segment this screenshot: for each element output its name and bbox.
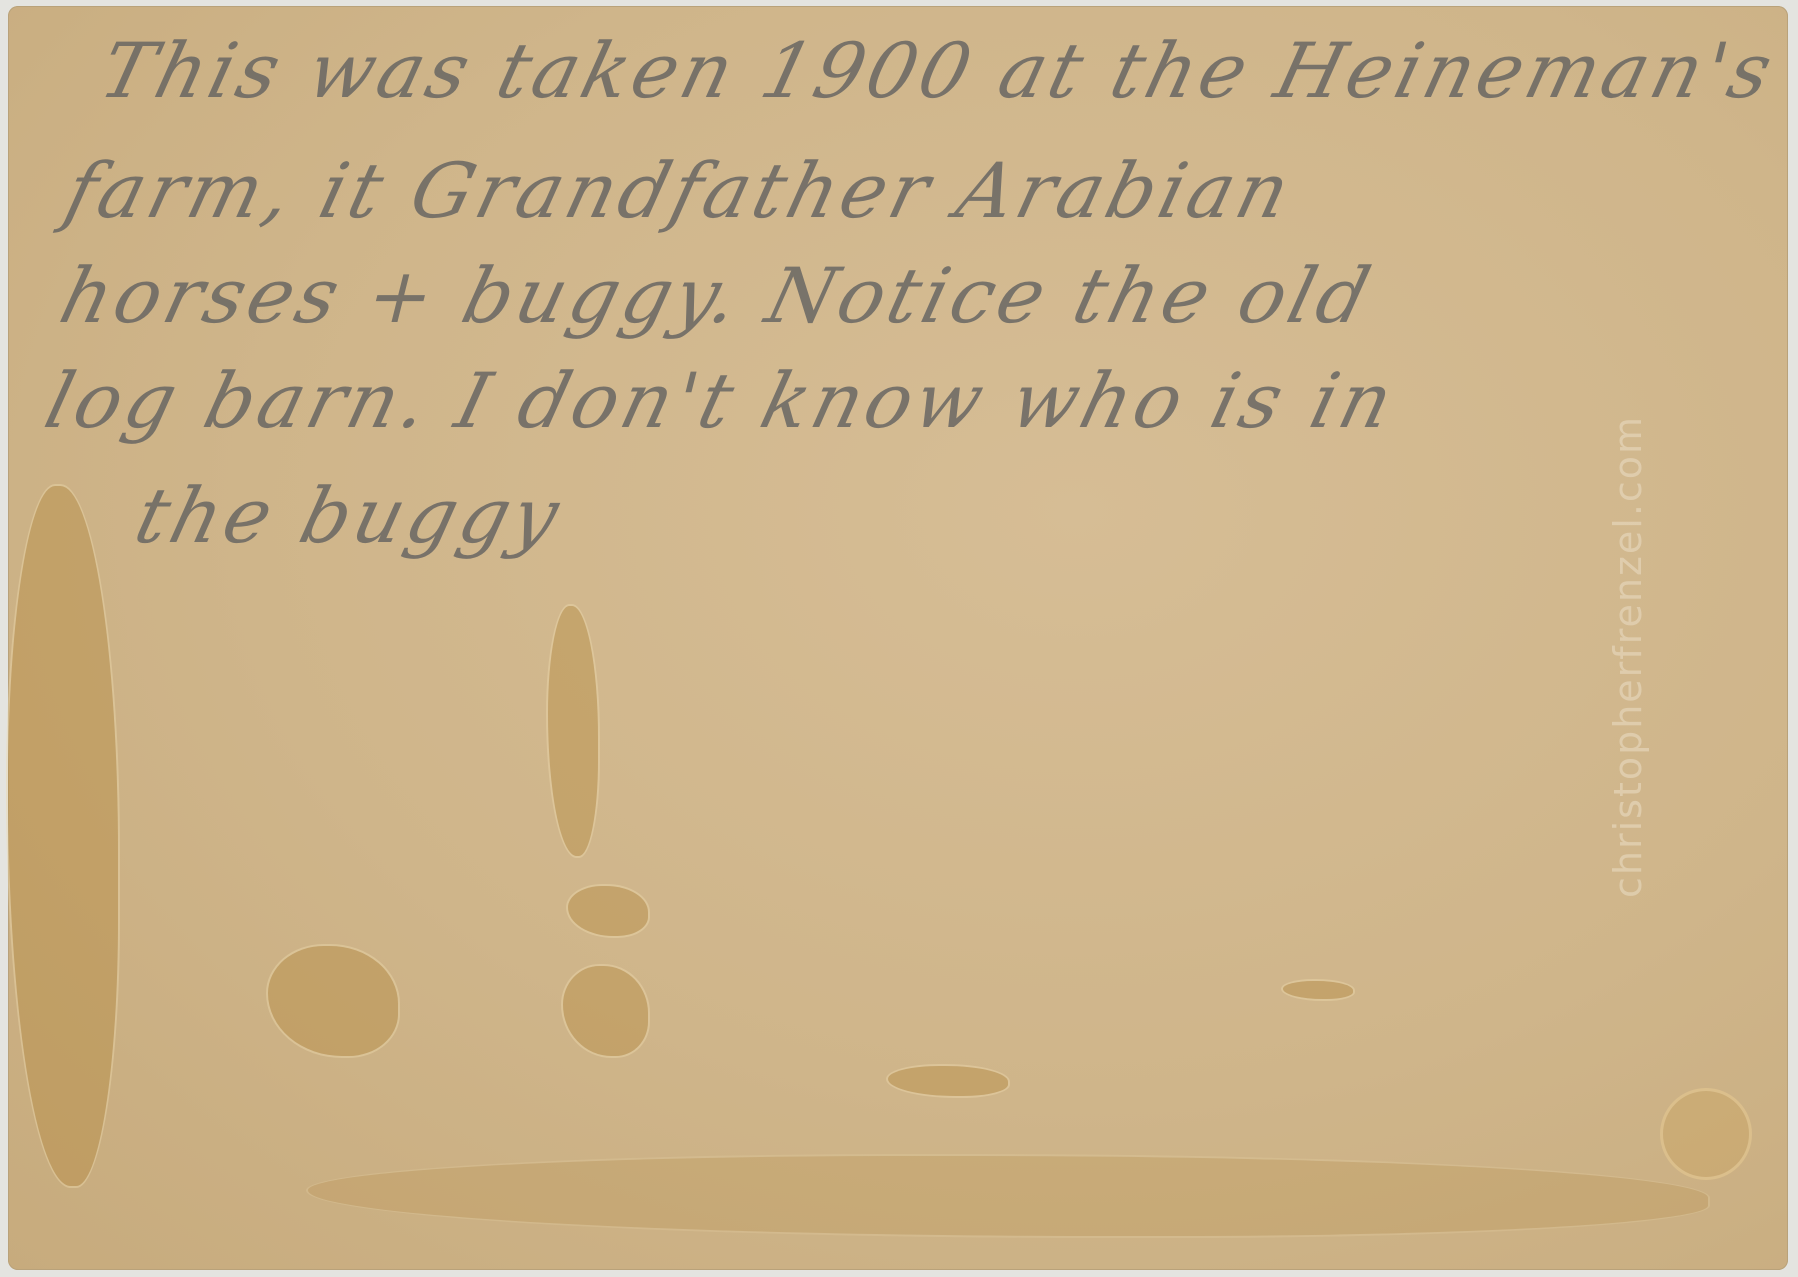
water-stain [1283,981,1353,999]
water-stain [308,1156,1708,1236]
handwriting-line-5: the buggy [127,471,572,560]
photo-card-back: This was taken 1900 at the Heineman's fa… [8,6,1788,1270]
water-stain-ring [1660,1088,1752,1180]
water-stain [888,1066,1008,1096]
water-stain [548,606,598,856]
handwriting-line-3: horses + buggy. Notice the old [52,251,1382,340]
water-stain [8,486,118,1186]
handwriting-line-2: farm, it Grandfather Arabian [57,146,1302,235]
handwriting-line-4: log barn. I don't know who is in [37,356,1405,445]
water-stain [268,946,398,1056]
handwriting-line-1: This was taken 1900 at the Heineman's [92,26,1785,115]
water-stain [563,966,648,1056]
water-stain [568,886,648,936]
watermark: christopherfrenzel.com [1606,306,1646,1006]
